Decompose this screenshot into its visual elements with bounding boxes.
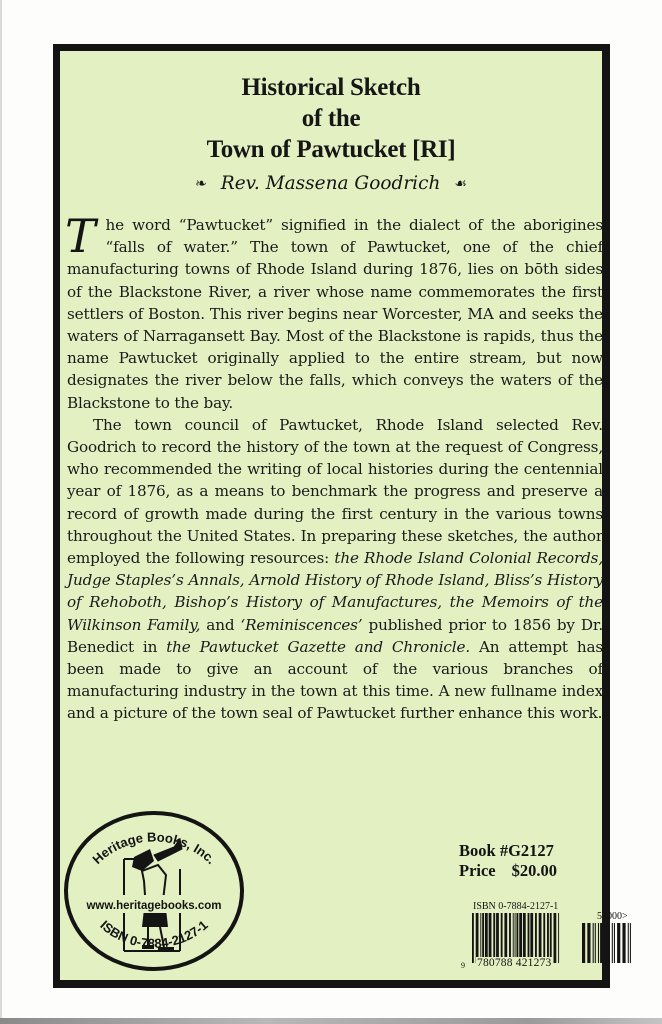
book-number: #G2127 — [500, 841, 554, 860]
ean-digits: 780788 421273 — [476, 957, 552, 969]
ean-lead-digit: 9 — [461, 961, 465, 970]
book-description: The word “Pawtucket” signified in the di… — [67, 214, 603, 725]
resource-title-reminiscences: ‘Reminiscences’ — [240, 616, 362, 634]
book-info: Book #G2127 Price$20.00 — [459, 841, 557, 881]
scan-edge-strip — [0, 1018, 662, 1024]
svg-text:Heritage Books, Inc.: Heritage Books, Inc. — [89, 829, 218, 867]
author-byline: ❧Rev. Massena Goodrich☙ — [60, 172, 602, 197]
page-edge — [0, 0, 2, 1018]
barcode-addon-text: 52000> — [597, 912, 628, 922]
paragraph-2-text-b: and — [200, 616, 240, 634]
book-label: Book — [459, 841, 496, 860]
book-number-row: Book #G2127 — [459, 841, 557, 861]
price-value: $20.00 — [512, 861, 557, 880]
paragraph-2-text-a: The town council of Pawtucket, Rhode Isl… — [67, 416, 603, 567]
publisher-logo: Heritage Books, Inc. www.heritagebooks.c… — [62, 809, 246, 974]
svg-text:www.heritagebooks.com: www.heritagebooks.com — [85, 900, 221, 912]
title-line-3: Town of Pawtucket [RI] — [60, 134, 602, 165]
resource-title-gazette: the Pawtucket Gazette and Chronicle. — [166, 638, 470, 656]
ean-barcode-bars — [472, 913, 560, 963]
fleuron-left-icon: ❧ — [195, 172, 207, 196]
price-label: Price — [459, 861, 496, 880]
drop-cap: T — [65, 216, 96, 256]
price-row: Price$20.00 — [459, 861, 557, 881]
fleuron-right-icon: ☙ — [454, 172, 467, 196]
barcode-isbn-label: ISBN 0-7884-2127-1 — [473, 902, 558, 912]
title-line-1: Historical Sketch — [60, 72, 602, 103]
book-back-cover: Historical Sketch of the Town of Pawtuck… — [53, 44, 610, 988]
paragraph-1-text: he word “Pawtucket” signified in the dia… — [67, 216, 603, 412]
description-paragraph-2: The town council of Pawtucket, Rhode Isl… — [67, 414, 603, 725]
title-line-2: of the — [60, 103, 602, 134]
addon-barcode-bars — [582, 923, 632, 963]
author-name: Rev. Massena Goodrich — [221, 173, 441, 194]
description-paragraph-1: The word “Pawtucket” signified in the di… — [67, 214, 603, 414]
isbn-barcode: ISBN 0-7884-2127-1 52000> 9 780788 42127… — [467, 902, 607, 977]
book-title: Historical Sketch of the Town of Pawtuck… — [60, 72, 602, 165]
